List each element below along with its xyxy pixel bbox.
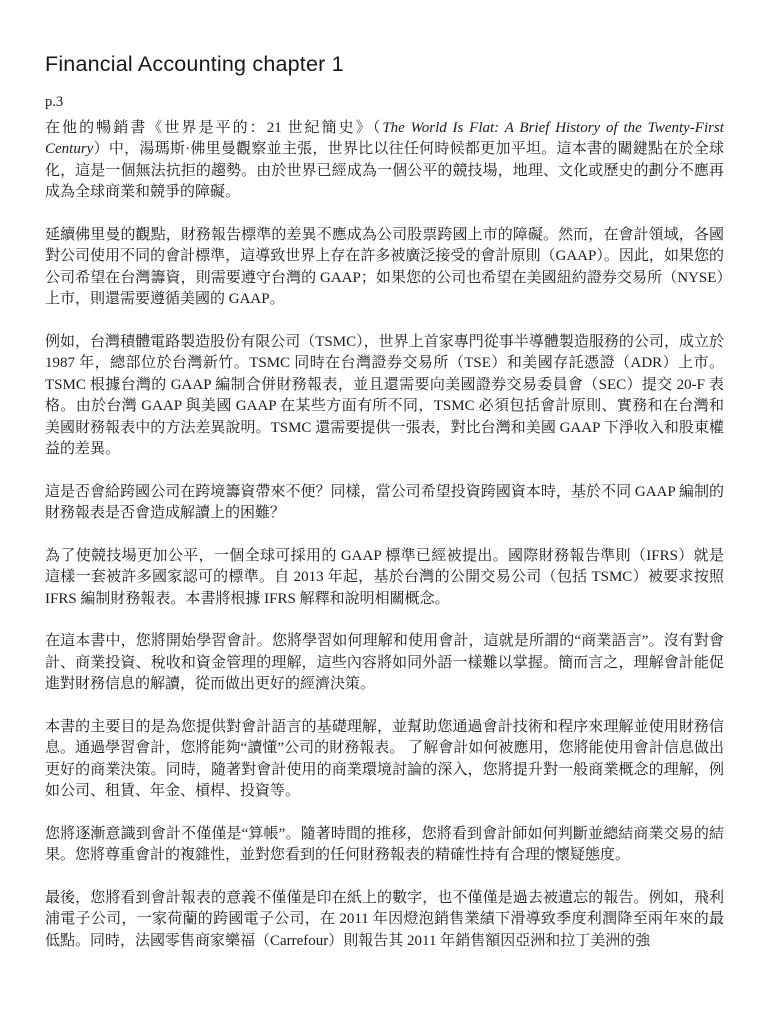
paragraph-5: 為了使競技場更加公平，一個全球可採用的 GAAP 標準已經被提出。國際財務報告準… [45,546,724,611]
paragraph-7: 本書的主要目的是為您提供對會計語言的基礎理解，並幫助您通過會計技術和程序來理解並… [45,717,724,803]
paragraph-2: 延續佛里曼的觀點，財務報告標準的差異不應成為公司股票跨國上市的障礙。然而，在會計… [45,225,724,311]
paragraph-9: 最後，您將看到會計報表的意義不僅僅是印在紙上的數字，也不僅僅是過去被遺忘的報告。… [45,888,724,953]
paragraph-6: 在這本書中，您將開始學習會計。您將學習如何理解和使用會計，這就是所謂的“商業語言… [45,631,724,696]
document-body: 在他的暢銷書《世界是平的：21 世紀簡史》（The World Is Flat:… [45,118,724,953]
paragraph-1-text-pre: 在他的暢銷書《世界是平的：21 世紀簡史》（ [45,120,382,136]
paragraph-1: 在他的暢銷書《世界是平的：21 世紀簡史》（The World Is Flat:… [45,118,724,204]
paragraph-8: 您將逐漸意識到會計不僅僅是“算帳”。隨著時間的推移，您將看到會計師如何判斷並總結… [45,824,724,867]
document-title: Financial Accounting chapter 1 [45,52,724,78]
paragraph-3: 例如，台灣積體電路製造股份有限公司（TSMC），世界上首家專門從事半導體製造服務… [45,332,724,461]
page-number: p.3 [45,94,724,111]
document-page: Financial Accounting chapter 1 p.3 在他的暢銷… [0,0,768,1024]
paragraph-1-text-post: ）中，湯瑪斯·佛里曼觀察並主張，世界比以往任何時候都更加平坦。這本書的關鍵點在於… [45,141,724,200]
paragraph-4: 這是否會給跨國公司在跨境籌資帶來不便？同樣，當公司希望投資跨國資本時，基於不同 … [45,482,724,525]
